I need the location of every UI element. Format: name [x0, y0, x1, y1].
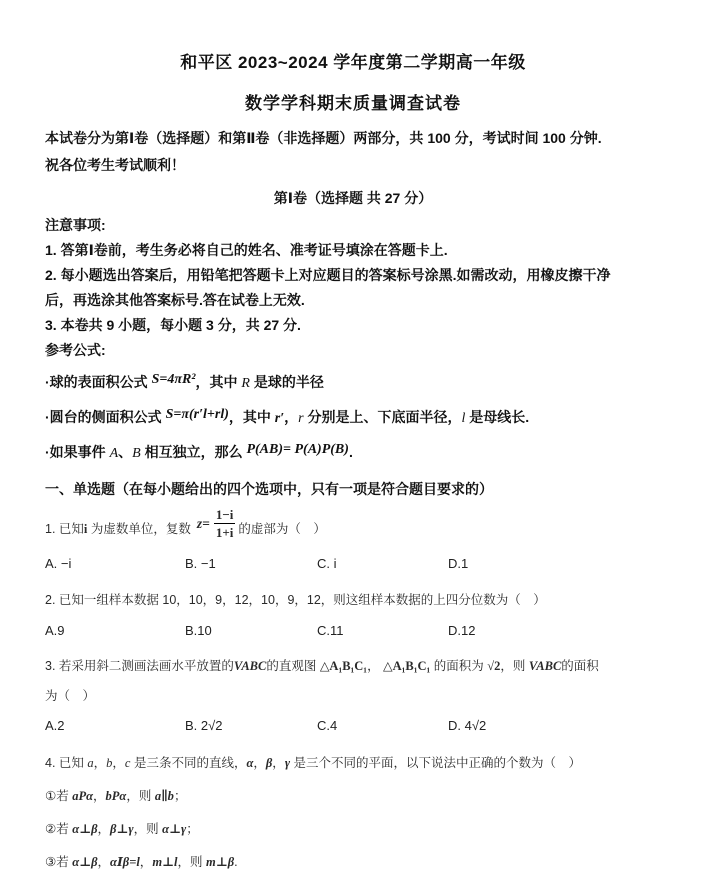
text-segment: 的面积	[561, 659, 599, 673]
question-4-statement-3: ③若 α⊥β，αⅠβ=l，m⊥l，则 m⊥β.	[45, 854, 661, 871]
text-segment: .	[349, 444, 353, 460]
text-segment: m⊥β	[206, 855, 234, 869]
text-segment: ，	[253, 756, 266, 770]
text-segment: △A₁B₁C₁	[320, 659, 367, 673]
text-segment: B	[132, 446, 141, 461]
text-segment: ，则	[134, 822, 162, 836]
question-1-formula: z= 1−i 1+i	[191, 507, 238, 540]
text-segment: VABC	[234, 659, 266, 673]
text-segment: 的虚部为（ ）	[238, 522, 326, 536]
section1-title: 一、单选题（在每小题给出的四个选项中，只有一项是符合题目要求的）	[45, 479, 661, 499]
text-segment: ，	[94, 756, 107, 770]
option-b: B. 2√2	[185, 718, 317, 733]
fraction: 1−i 1+i	[214, 507, 236, 540]
text-segment: 的面积为	[430, 659, 487, 673]
note-line-2: 2. 每小题选出答案后，用铅笔把答题卡上对应题目的答案标号涂黑.如需改动，用橡皮…	[45, 268, 661, 283]
text-segment: α⊥γ	[162, 822, 186, 836]
text-segment: m⊥l	[152, 855, 177, 869]
text-segment: ，	[367, 659, 383, 673]
text-segment: 是球的半径	[250, 374, 324, 390]
text-segment: ，	[140, 855, 153, 869]
question-1-options: A. −i B. −1 C. i D.1	[45, 556, 661, 571]
option-b: B. −1	[185, 556, 317, 571]
text-segment: aPα	[72, 789, 93, 803]
text-segment: 3. 若采用斜二测画法画水平放置的	[45, 659, 234, 673]
text-segment: ；	[186, 822, 199, 836]
exam-intro-line1: 本试卷分为第Ⅰ卷（选择题）和第Ⅱ卷（非选择题）两部分，共 100 分，考试时间 …	[45, 128, 661, 148]
option-a: A.9	[45, 623, 185, 638]
note-line-2-cont: 后，再选涂其他答案标号.答在试卷上无效.	[45, 293, 661, 308]
text-segment: 是母线长.	[465, 409, 529, 425]
note-line-3: 3. 本卷共 9 小题，每小题 3 分，共 27 分.	[45, 318, 661, 333]
text-segment: r′	[275, 411, 284, 426]
text-segment: ，其中	[196, 374, 242, 390]
text-segment: 是三个不同的平面，以下说法中正确的个数为（ ）	[290, 756, 581, 770]
text-segment: α⊥β	[72, 855, 97, 869]
question-4-statement-1: ①若 aPα，bPα，则 a∥b；	[45, 788, 661, 805]
text-segment: ；	[174, 789, 187, 803]
text-segment: 、	[118, 444, 132, 460]
text-segment: 1. 已知	[45, 522, 84, 536]
option-b: B.10	[185, 623, 317, 638]
text-segment: 是三条不同的直线，	[130, 756, 246, 770]
text-segment: S=π(r′l+rl)	[166, 407, 229, 422]
text-segment: β⊥γ	[110, 822, 134, 836]
option-d: D.1	[448, 556, 661, 571]
text-segment: bPα	[106, 789, 127, 803]
text-segment: αⅠβ=l	[110, 855, 140, 869]
exam-page: 和平区 2023~2024 学年度第二学期高一年级 数学学科期末质量调查试卷 本…	[0, 0, 701, 877]
question-1: 1. 已知i 为虚数单位，复数 z= 1−i 1+i 的虚部为（ ）	[45, 513, 661, 546]
fraction-numerator: 1−i	[214, 507, 236, 524]
text-segment: ·圆台的侧面积公式	[45, 409, 166, 425]
formula-sphere-area: ·球的表面积公式 S=4πR²，其中 R 是球的半径	[45, 373, 661, 393]
text-segment: 相互独立，那么	[141, 444, 247, 460]
question-2-options: A.9 B.10 C.11 D.12	[45, 623, 661, 638]
text-segment: ，	[112, 756, 125, 770]
text-segment: VABC	[529, 659, 561, 673]
fraction-denominator: 1+i	[214, 524, 236, 540]
text-segment: ，其中	[229, 409, 275, 425]
exam-title-line1: 和平区 2023~2024 学年度第二学期高一年级	[45, 48, 661, 73]
formulas-title: 参考公式:	[45, 343, 661, 358]
text-segment: ·如果事件	[45, 444, 110, 460]
text-segment: 为虚数单位，复数	[87, 522, 190, 536]
option-c: C.11	[317, 623, 448, 638]
text-segment: ，	[98, 855, 111, 869]
text-segment: ②若	[45, 822, 72, 836]
text-segment: P(AB)= P(A)P(B)	[246, 442, 348, 457]
question-2: 2. 已知一组样本数据 10，10，9，12，10，9，12，则这组样本数据的上…	[45, 592, 661, 609]
option-a: A. −i	[45, 556, 185, 571]
option-c: C. i	[317, 556, 448, 571]
exam-intro-line2: 祝各位考生考试顺利！	[45, 155, 661, 175]
part1-header: 第Ⅰ卷（选择题 共 27 分）	[45, 188, 661, 208]
question-1-pre: 1. 已知i 为虚数单位，复数	[45, 521, 191, 538]
question-1-post: 的虚部为（ ）	[238, 521, 326, 538]
z-equals: z=	[197, 515, 210, 532]
text-segment: √2	[487, 659, 500, 673]
text-segment: 4. 已知	[45, 756, 87, 770]
text-segment: ，	[98, 822, 111, 836]
text-segment: ·球的表面积公式	[45, 374, 152, 390]
option-c: C.4	[317, 718, 448, 733]
option-d: D. 4√2	[448, 718, 661, 733]
text-segment: ，	[284, 409, 298, 425]
text-segment: △A₁B₁C₁	[383, 659, 430, 673]
note-line-1: 1. 答第Ⅰ卷前，考生务必将自己的姓名、准考证号填涂在答题卡上.	[45, 243, 661, 258]
notes-title: 注意事项:	[45, 218, 661, 233]
text-segment: ，则	[178, 855, 206, 869]
question-3: 3. 若采用斜二测画法画水平放置的VABC的直观图 △A₁B₁C₁， △A₁B₁…	[45, 658, 661, 675]
text-segment: ，	[93, 789, 106, 803]
option-a: A.2	[45, 718, 185, 733]
formula-independent-events: ·如果事件 A、B 相互独立，那么 P(AB)= P(A)P(B).	[45, 443, 661, 463]
text-segment: α⊥β	[72, 822, 97, 836]
text-segment: ①若	[45, 789, 72, 803]
question-3-line2: 为（ ）	[45, 688, 661, 705]
text-segment: 的直观图	[266, 659, 319, 673]
text-segment: A	[110, 446, 119, 461]
text-segment: S=4πR²	[152, 372, 196, 387]
text-segment: .	[234, 855, 237, 869]
text-segment: ，	[272, 756, 285, 770]
text-segment: ，则	[126, 789, 154, 803]
text-segment: a∥b	[155, 789, 174, 803]
text-segment: ③若	[45, 855, 72, 869]
question-4: 4. 已知 a，b，c 是三条不同的直线，α，β，γ 是三个不同的平面，以下说法…	[45, 755, 661, 772]
text-segment: 分别是上、下底面半径，	[304, 409, 462, 425]
option-d: D.12	[448, 623, 661, 638]
question-4-statement-2: ②若 α⊥β，β⊥γ，则 α⊥γ；	[45, 821, 661, 838]
formula-frustum-area: ·圆台的侧面积公式 S=π(r′l+rl)，其中 r′，r 分别是上、下底面半径…	[45, 408, 661, 428]
text-segment: R	[241, 376, 250, 391]
exam-title-line2: 数学学科期末质量调查试卷	[45, 89, 661, 114]
text-segment: ，则	[500, 659, 528, 673]
question-3-options: A.2 B. 2√2 C.4 D. 4√2	[45, 718, 661, 733]
